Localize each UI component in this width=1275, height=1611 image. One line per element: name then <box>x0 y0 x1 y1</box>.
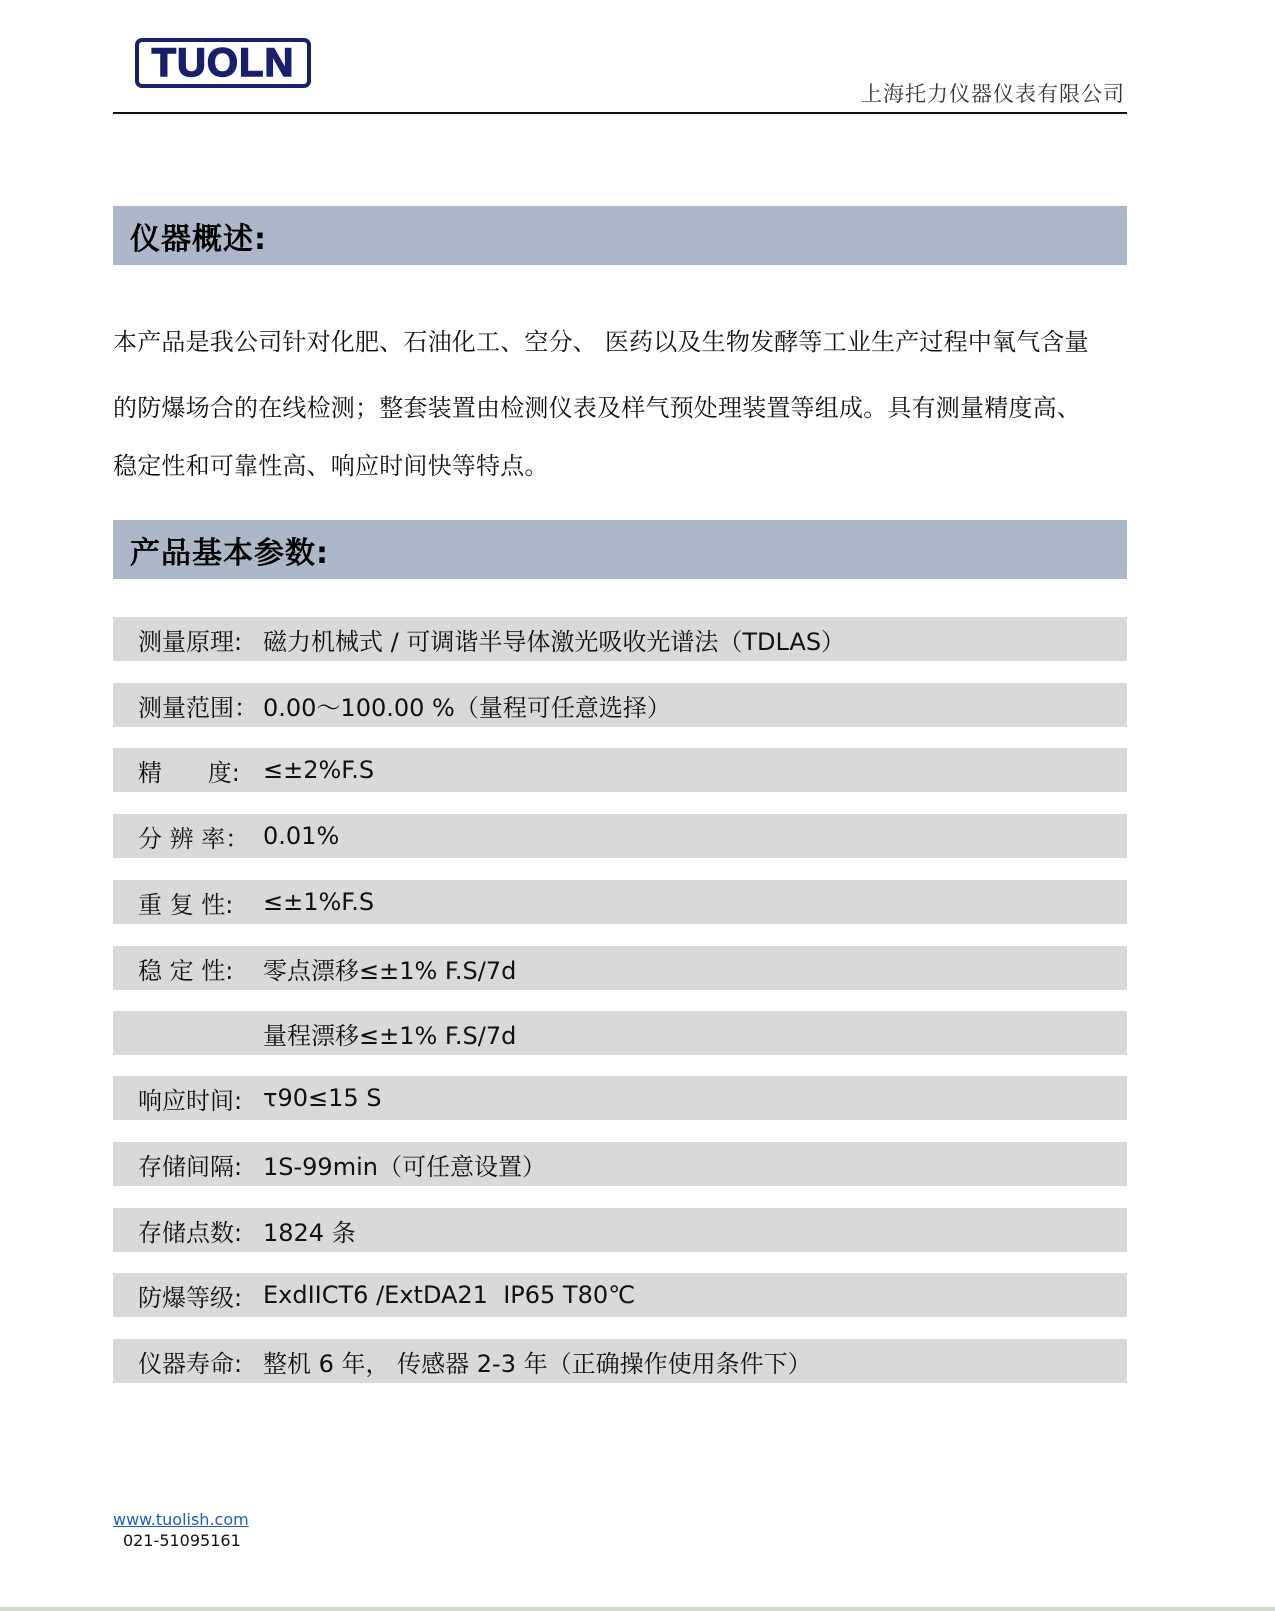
param-row-repeatability: 重 复 性: ≤±1%F.S <box>113 880 1127 924</box>
section-title-parameters: 产品基本参数: <box>130 528 329 572</box>
bottom-divider <box>0 1607 1275 1611</box>
param-row-response-time: 响应时间: τ90≤15 S <box>113 1076 1127 1120</box>
overview-line: 的防爆场合的在线检测；整套装置由检测仪表及样气预处理装置等组成。具有测量精度高、 <box>113 388 1081 423</box>
param-value: 整机 6 年， 传感器 2-3 年（正确操作使用条件下） <box>263 1344 812 1379</box>
param-label: 存储点数: <box>138 1213 263 1248</box>
param-value: 0.01% <box>263 822 339 850</box>
param-label: 存储间隔: <box>138 1147 263 1182</box>
param-value: ≤±1%F.S <box>263 888 374 916</box>
param-row-storage-points: 存储点数: 1824 条 <box>113 1208 1127 1252</box>
param-row-resolution: 分 辨 率： 0.01% <box>113 814 1127 858</box>
param-value: 零点漂移≤±1% F.S/7d <box>263 951 516 986</box>
param-value: ≤±2%F.S <box>263 756 374 784</box>
param-row-explosion-rating: 防爆等级: ExdIICT6 /ExtDA21 IP65 T80℃ <box>113 1273 1127 1317</box>
param-label: 仪器寿命: <box>138 1344 263 1379</box>
param-label: 重 复 性: <box>138 885 263 920</box>
param-label: 防爆等级: <box>138 1278 263 1313</box>
logo-text: TUOLN <box>152 43 295 83</box>
param-row-stability-span: 量程漂移≤±1% F.S/7d <box>113 1011 1127 1055</box>
param-value: 1S-99min（可任意设置） <box>263 1147 546 1182</box>
param-value: 磁力机械式 / 可调谐半导体激光吸收光谱法（TDLAS） <box>263 622 845 657</box>
param-value: 0.00～100.00 %（量程可任意选择） <box>263 688 671 723</box>
param-row-storage-interval: 存储间隔: 1S-99min（可任意设置） <box>113 1142 1127 1186</box>
website-link[interactable]: www.tuolish.com <box>113 1510 249 1529</box>
company-name: 上海托力仪器仪表有限公司 <box>861 78 1125 108</box>
section-header-parameters: 产品基本参数: <box>113 520 1127 579</box>
param-value: ExdIICT6 /ExtDA21 IP65 T80℃ <box>263 1281 635 1309</box>
param-row-measurement-principle: 测量原理: 磁力机械式 / 可调谐半导体激光吸收光谱法（TDLAS） <box>113 617 1127 661</box>
company-logo: TUOLN <box>135 38 311 88</box>
param-row-stability-zero: 稳 定 性: 零点漂移≤±1% F.S/7d <box>113 946 1127 990</box>
param-value: τ90≤15 S <box>263 1084 382 1112</box>
param-label: 测量原理: <box>138 622 263 657</box>
param-row-measurement-range: 测量范围： 0.00～100.00 %（量程可任意选择） <box>113 683 1127 727</box>
section-header-overview: 仪器概述: <box>113 206 1127 265</box>
param-label: 测量范围： <box>138 688 263 723</box>
overview-line: 稳定性和可靠性高、响应时间快等特点。 <box>113 446 549 481</box>
param-row-lifespan: 仪器寿命: 整机 6 年， 传感器 2-3 年（正确操作使用条件下） <box>113 1339 1127 1383</box>
param-value: 量程漂移≤±1% F.S/7d <box>263 1016 516 1051</box>
page-header: TUOLN 上海托力仪器仪表有限公司 <box>113 36 1127 114</box>
param-label: 响应时间: <box>138 1081 263 1116</box>
page-footer: www.tuolish.com 021-51095161 <box>113 1510 249 1550</box>
param-label: 精 度: <box>138 753 263 788</box>
param-label: 分 辨 率： <box>138 819 263 854</box>
section-title-overview: 仪器概述: <box>130 214 267 258</box>
overview-line: 本产品是我公司针对化肥、石油化工、空分、 医药以及生物发酵等工业生产过程中氧气含… <box>113 322 1089 357</box>
param-label: 稳 定 性: <box>138 951 263 986</box>
param-value: 1824 条 <box>263 1213 356 1248</box>
param-row-accuracy: 精 度: ≤±2%F.S <box>113 748 1127 792</box>
phone-number: 021-51095161 <box>123 1531 249 1550</box>
